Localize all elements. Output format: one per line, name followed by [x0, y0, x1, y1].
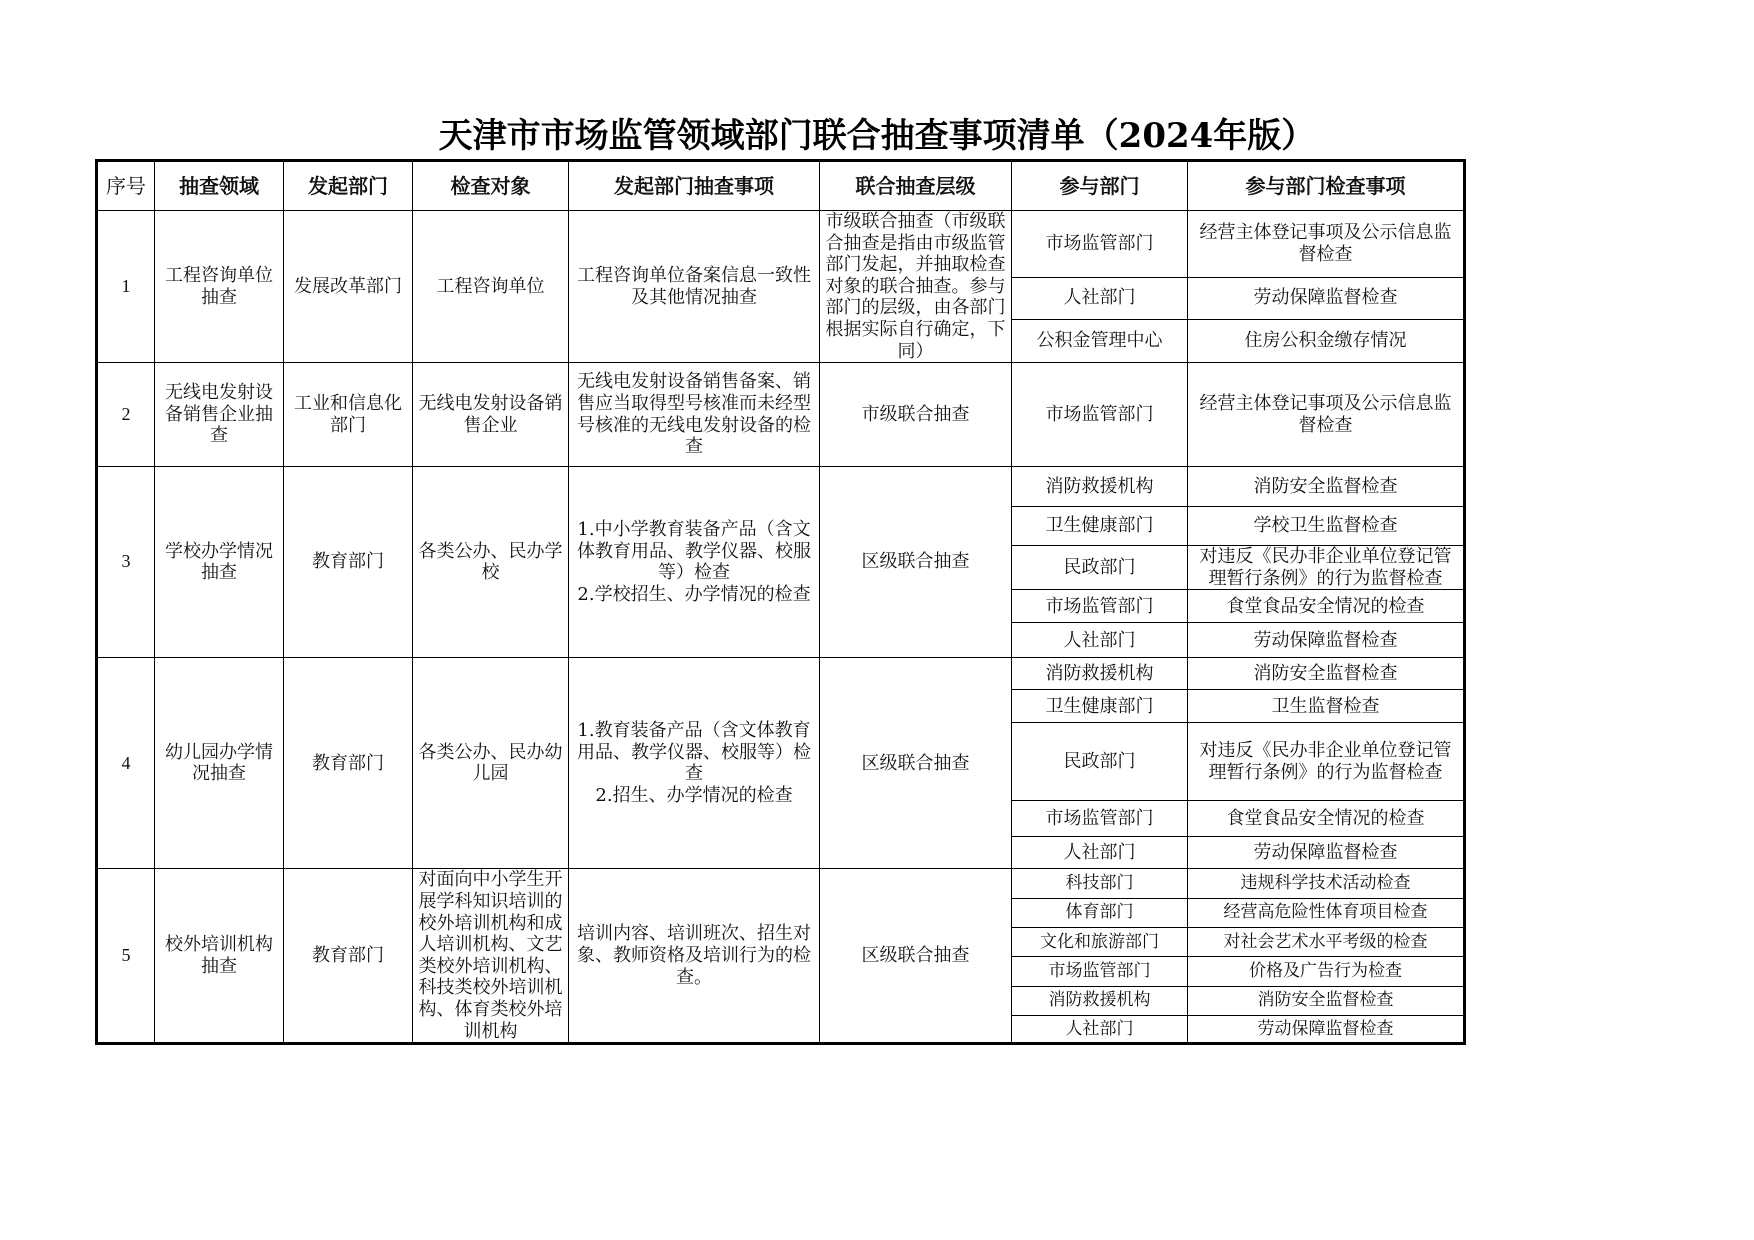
inspection-area: 无线电发射设备销售企业抽查 [155, 363, 284, 467]
column-header: 参与部门检查事项 [1188, 161, 1465, 211]
column-header: 序号 [97, 161, 155, 211]
inspection-item-line: 2.招生、办学情况的检查 [573, 785, 815, 807]
participant-inspection-item: 对社会艺术水平考级的检查 [1188, 928, 1465, 957]
initiating-department: 发展改革部门 [284, 211, 413, 363]
participant-inspection-item: 经营主体登记事项及公示信息监督检查 [1188, 211, 1465, 278]
participating-department: 消防救援机构 [1012, 467, 1188, 507]
initiating-department: 工业和信息化部门 [284, 363, 413, 467]
participating-department: 科技部门 [1012, 869, 1188, 898]
participant-inspection-item: 食堂食品安全情况的检查 [1188, 590, 1465, 623]
initiating-department: 教育部门 [284, 467, 413, 658]
participant-inspection-item: 住房公积金缴存情况 [1188, 319, 1465, 362]
participant-inspection-item: 对违反《民办非企业单位登记管理暂行条例》的行为监督检查 [1188, 546, 1465, 590]
participating-department: 市场监管部门 [1012, 363, 1188, 467]
column-header: 发起部门 [284, 161, 413, 211]
participant-inspection-item: 学校卫生监督检查 [1188, 507, 1465, 546]
inspection-item-line: 1.中小学教育装备产品（含文体教育用品、教学仪器、校服等）检查 [573, 519, 815, 584]
joint-inspection-level: 市级联合抽查 [820, 363, 1012, 467]
participating-department: 民政部门 [1012, 546, 1188, 590]
participating-department: 人社部门 [1012, 277, 1188, 319]
table-row: 5 校外培训机构抽查 教育部门 对面向中小学生开展学科知识培训的校外培训机构和成… [97, 869, 1465, 898]
inspection-target: 工程咨询单位 [413, 211, 569, 363]
page-title: 天津市市场监管领域部门联合抽查事项清单（2024年版） [0, 108, 1754, 157]
inspection-area: 校外培训机构抽查 [155, 869, 284, 1044]
initiator-inspection-items: 工程咨询单位备案信息一致性及其他情况抽查 [569, 211, 820, 363]
joint-inspection-level: 区级联合抽查 [820, 658, 1012, 869]
column-header: 发起部门抽查事项 [569, 161, 820, 211]
inspection-table: 序号 抽查领域 发起部门 检查对象 发起部门抽查事项 联合抽查层级 参与部门 参… [95, 159, 1466, 1045]
table-row: 3 学校办学情况抽查 教育部门 各类公办、民办学校 1.中小学教育装备产品（含文… [97, 467, 1465, 507]
participating-department: 消防救援机构 [1012, 658, 1188, 690]
participant-inspection-item: 消防安全监督检查 [1188, 986, 1465, 1015]
inspection-item-line: 2.学校招生、办学情况的检查 [573, 584, 815, 606]
table-row: 2 无线电发射设备销售企业抽查 工业和信息化部门 无线电发射设备销售企业 无线电… [97, 363, 1465, 467]
table-header-row: 序号 抽查领域 发起部门 检查对象 发起部门抽查事项 联合抽查层级 参与部门 参… [97, 161, 1465, 211]
participating-department: 市场监管部门 [1012, 957, 1188, 986]
inspection-target: 各类公办、民办学校 [413, 467, 569, 658]
participating-department: 公积金管理中心 [1012, 319, 1188, 362]
inspection-target: 各类公办、民办幼儿园 [413, 658, 569, 869]
participant-inspection-item: 经营高危险性体育项目检查 [1188, 898, 1465, 927]
table-row: 4 幼儿园办学情况抽查 教育部门 各类公办、民办幼儿园 1.教育装备产品（含文体… [97, 658, 1465, 690]
participant-inspection-item: 食堂食品安全情况的检查 [1188, 801, 1465, 837]
participating-department: 卫生健康部门 [1012, 690, 1188, 723]
participating-department: 市场监管部门 [1012, 801, 1188, 837]
initiator-inspection-items: 无线电发射设备销售备案、销售应当取得型号核准而未经型号核准的无线电发射设备的检查 [569, 363, 820, 467]
column-header: 参与部门 [1012, 161, 1188, 211]
participant-inspection-item: 劳动保障监督检查 [1188, 1016, 1465, 1044]
participating-department: 民政部门 [1012, 723, 1188, 801]
row-number: 4 [97, 658, 155, 869]
participant-inspection-item: 对违反《民办非企业单位登记管理暂行条例》的行为监督检查 [1188, 723, 1465, 801]
inspection-area: 学校办学情况抽查 [155, 467, 284, 658]
participating-department: 人社部门 [1012, 1016, 1188, 1044]
participating-department: 消防救援机构 [1012, 986, 1188, 1015]
participant-inspection-item: 违规科学技术活动检查 [1188, 869, 1465, 898]
participant-inspection-item: 经营主体登记事项及公示信息监督检查 [1188, 363, 1465, 467]
row-number: 3 [97, 467, 155, 658]
participant-inspection-item: 劳动保障监督检查 [1188, 623, 1465, 658]
participating-department: 体育部门 [1012, 898, 1188, 927]
initiating-department: 教育部门 [284, 658, 413, 869]
participant-inspection-item: 卫生监督检查 [1188, 690, 1465, 723]
participant-inspection-item: 劳动保障监督检查 [1188, 837, 1465, 869]
inspection-item-line: 1.教育装备产品（含文体教育用品、教学仪器、校服等）检查 [573, 720, 815, 785]
row-number: 2 [97, 363, 155, 467]
column-header: 抽查领域 [155, 161, 284, 211]
initiating-department: 教育部门 [284, 869, 413, 1044]
participant-inspection-item: 劳动保障监督检查 [1188, 277, 1465, 319]
participating-department: 人社部门 [1012, 837, 1188, 869]
inspection-target: 对面向中小学生开展学科知识培训的校外培训机构和成人培训机构、文艺类校外培训机构、… [413, 869, 569, 1044]
joint-inspection-level: 区级联合抽查 [820, 869, 1012, 1044]
participating-department: 卫生健康部门 [1012, 507, 1188, 546]
participant-inspection-item: 消防安全监督检查 [1188, 467, 1465, 507]
participating-department: 市场监管部门 [1012, 211, 1188, 278]
row-number: 1 [97, 211, 155, 363]
participant-inspection-item: 价格及广告行为检查 [1188, 957, 1465, 986]
joint-inspection-level: 市级联合抽查（市级联合抽查是指由市级监管部门发起，并抽取检查对象的联合抽查。参与… [820, 211, 1012, 363]
row-number: 5 [97, 869, 155, 1044]
column-header: 检查对象 [413, 161, 569, 211]
participant-inspection-item: 消防安全监督检查 [1188, 658, 1465, 690]
participating-department: 市场监管部门 [1012, 590, 1188, 623]
joint-inspection-level: 区级联合抽查 [820, 467, 1012, 658]
initiator-inspection-items: 1.中小学教育装备产品（含文体教育用品、教学仪器、校服等）检查 2.学校招生、办… [569, 467, 820, 658]
initiator-inspection-items: 培训内容、培训班次、招生对象、教师资格及培训行为的检查。 [569, 869, 820, 1044]
column-header: 联合抽查层级 [820, 161, 1012, 211]
inspection-area: 工程咨询单位抽查 [155, 211, 284, 363]
participating-department: 文化和旅游部门 [1012, 928, 1188, 957]
inspection-area: 幼儿园办学情况抽查 [155, 658, 284, 869]
participating-department: 人社部门 [1012, 623, 1188, 658]
initiator-inspection-items: 1.教育装备产品（含文体教育用品、教学仪器、校服等）检查 2.招生、办学情况的检… [569, 658, 820, 869]
table-row: 1 工程咨询单位抽查 发展改革部门 工程咨询单位 工程咨询单位备案信息一致性及其… [97, 211, 1465, 278]
inspection-target: 无线电发射设备销售企业 [413, 363, 569, 467]
